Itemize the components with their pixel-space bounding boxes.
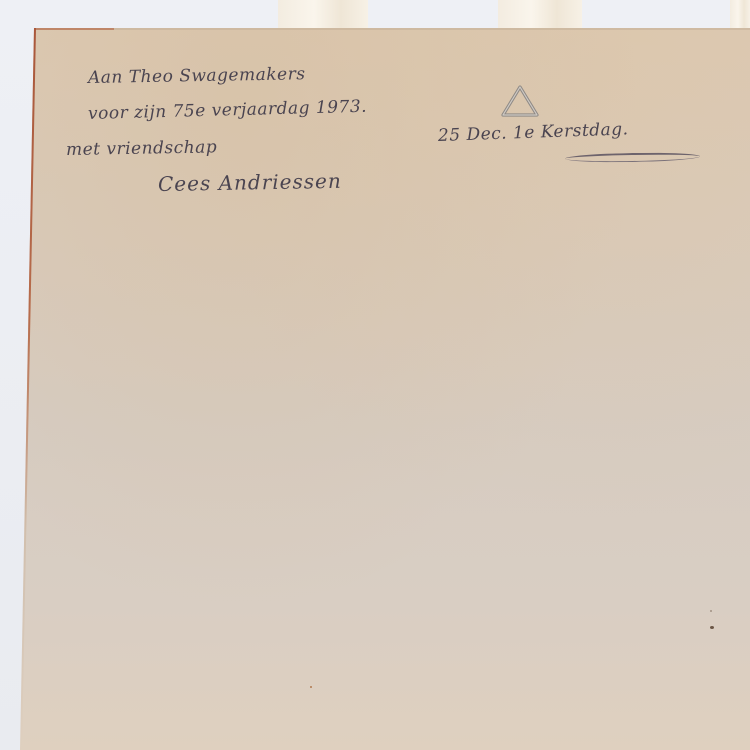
inscription-line-3: met vriendschap: [66, 137, 218, 160]
signature: Cees Andriessen: [158, 169, 342, 196]
artwork-backing-board: [20, 28, 750, 750]
ink-speck: [710, 626, 714, 629]
inscription-line-1: Aan Theo Swagemakers: [88, 64, 306, 88]
triangle-hanger-icon: [500, 84, 540, 120]
ink-speck: [710, 610, 712, 612]
board-top-edge: [34, 28, 750, 30]
ink-speck: [310, 686, 312, 688]
